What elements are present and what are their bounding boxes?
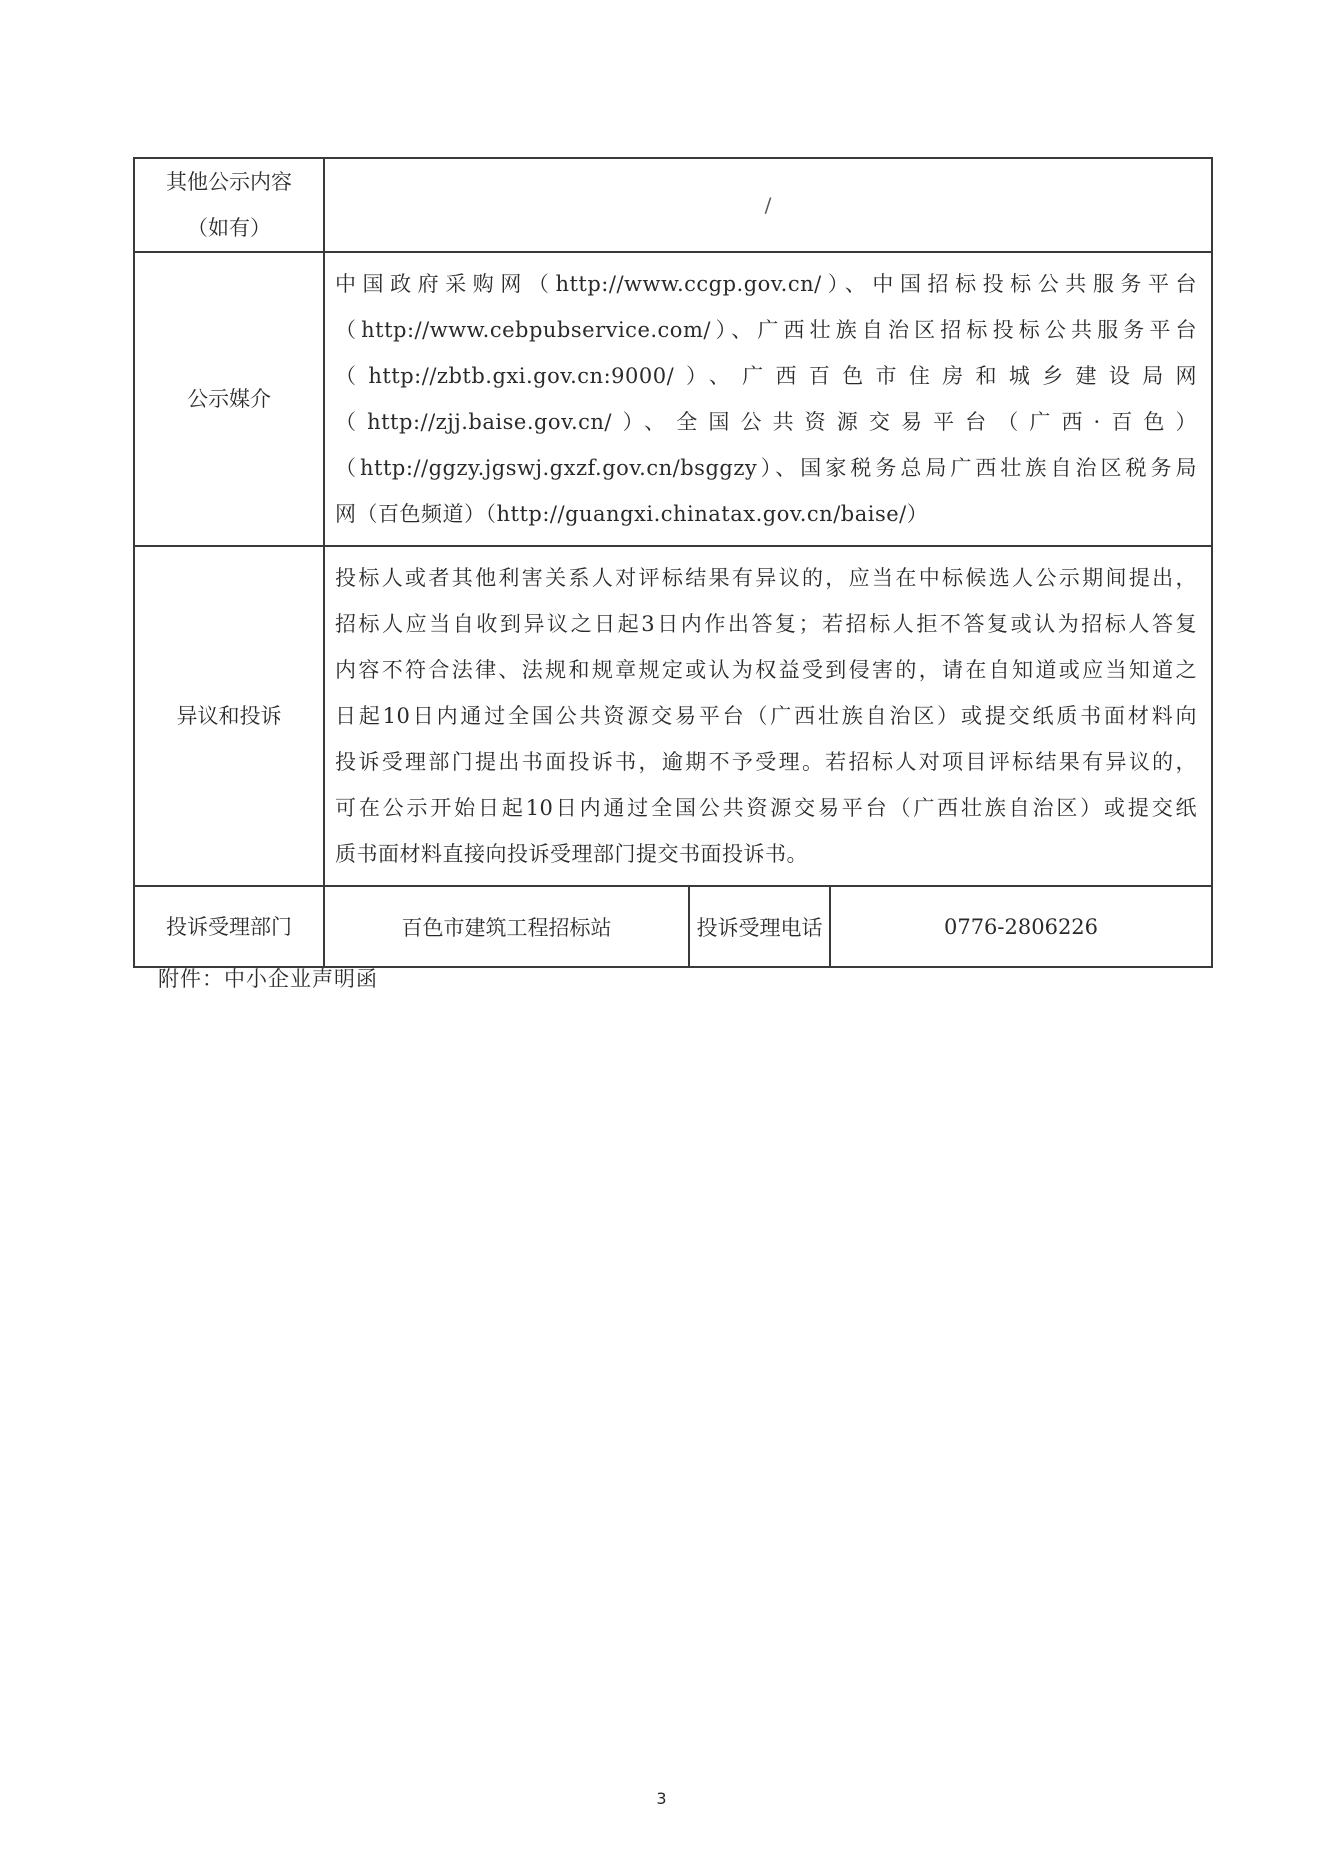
label-line: （如有） [135,205,323,251]
label-publication-media: 公示媒介 [134,252,324,546]
attachment-note: 附件：中小企业声明函 [158,963,378,993]
value-other-content: / [324,158,1212,252]
media-line: （http://www.cebpubservice.com/）、广西壮族自治区招… [335,307,1197,353]
objection-line: 投标人或者其他利害关系人对评标结果有异议的，应当在中标候选人公示期间提出， [335,555,1197,601]
objection-line: 投诉受理部门提出书面投诉书，逾期不予受理。若招标人对项目评标结果有异议的， [335,739,1197,785]
announcement-table: 其他公示内容 （如有） / 公示媒介 中国政府采购网（http://www.cc… [133,157,1213,968]
media-line: （http://zjj.baise.gov.cn/）、全国公共资源交易平台（广西… [335,399,1197,445]
row-objection-complaint: 异议和投诉 投标人或者其他利害关系人对评标结果有异议的，应当在中标候选人公示期间… [134,546,1212,886]
row-publication-media: 公示媒介 中国政府采购网（http://www.ccgp.gov.cn/）、中国… [134,252,1212,546]
label-complaint-department: 投诉受理部门 [134,886,324,967]
value-complaint-department: 百色市建筑工程招标站 [324,886,689,967]
objection-line: 招标人应当自收到异议之日起3日内作出答复；若招标人拒不答复或认为招标人答复 [335,601,1197,647]
media-line: （http://ggzy.jgswj.gxzf.gov.cn/bsggzy）、国… [335,445,1197,491]
media-line: 中国政府采购网（http://www.ccgp.gov.cn/）、中国招标投标公… [335,261,1197,307]
page-number: 3 [0,1789,1323,1808]
value-objection-complaint: 投标人或者其他利害关系人对评标结果有异议的，应当在中标候选人公示期间提出， 招标… [324,546,1212,886]
row-other-content: 其他公示内容 （如有） / [134,158,1212,252]
label-other-content: 其他公示内容 （如有） [134,158,324,252]
media-line: 网（百色频道）（http://guangxi.chinatax.gov.cn/b… [335,491,1197,537]
value-publication-media: 中国政府采购网（http://www.ccgp.gov.cn/）、中国招标投标公… [324,252,1212,546]
label-line: 其他公示内容 [135,159,323,205]
objection-line: 质书面材料直接向投诉受理部门提交书面投诉书。 [335,831,1197,877]
objection-line: 内容不符合法律、法规和规章规定或认为权益受到侵害的，请在自知道或应当知道之 [335,647,1197,693]
label-complaint-phone: 投诉受理电话 [689,886,830,967]
objection-line: 日起10日内通过全国公共资源交易平台（广西壮族自治区）或提交纸质书面材料向 [335,693,1197,739]
label-objection-complaint: 异议和投诉 [134,546,324,886]
media-line: （http://zbtb.gxi.gov.cn:9000/）、广西百色市住房和城… [335,353,1197,399]
row-complaint-department: 投诉受理部门 百色市建筑工程招标站 投诉受理电话 0776-2806226 [134,886,1212,967]
objection-line: 可在公示开始日起10日内通过全国公共资源交易平台（广西壮族自治区）或提交纸 [335,785,1197,831]
value-complaint-phone: 0776-2806226 [830,886,1212,967]
